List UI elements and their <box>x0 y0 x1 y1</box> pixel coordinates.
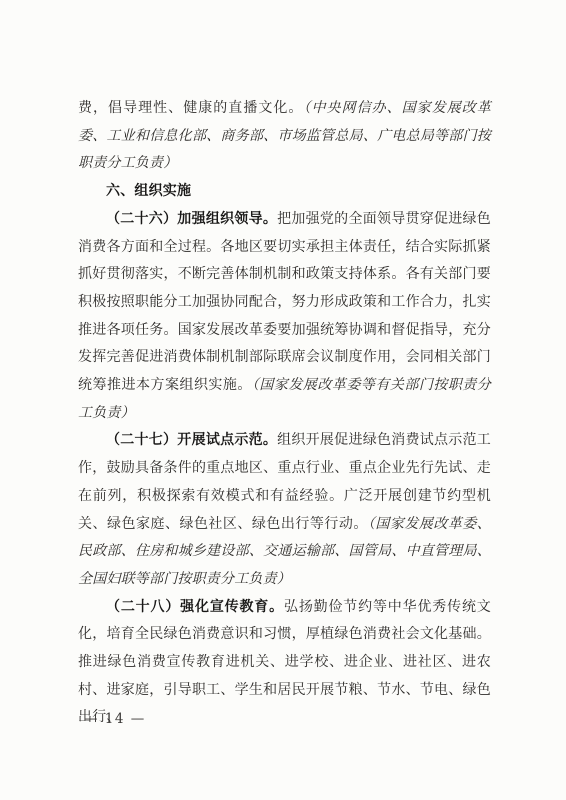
page-number: — 14 — <box>84 711 146 727</box>
document-body: 费，倡导理性、健康的直播文化。（中央网信办、国家发展改革委、工业和信息化部、商务… <box>78 95 491 732</box>
body-text: 弘扬勤俭节约等中华优秀传统文化，培育全民绿色消费意识和习惯，厚植绿色消费社会文化… <box>78 599 491 726</box>
emphasized-clause: （二十六）加强组织领导。 <box>106 211 277 227</box>
emphasized-clause: （二十七）开展试点示范。 <box>106 432 277 448</box>
body-text: 费，倡导理性、健康的直播文化。 <box>78 100 303 116</box>
paragraph: 费，倡导理性、健康的直播文化。（中央网信办、国家发展改革委、工业和信息化部、商务… <box>78 95 491 178</box>
paragraph: （二十六）加强组织领导。把加强党的全面领导贯穿促进绿色消费各方面和全过程。各地区… <box>78 206 491 428</box>
document-page: 费，倡导理性、健康的直播文化。（中央网信办、国家发展改革委、工业和信息化部、商务… <box>0 0 566 800</box>
emphasized-clause: 六、组织实施 <box>106 183 191 199</box>
body-text: 把加强党的全面领导贯穿促进绿色消费各方面和全过程。各地区要切实承担主体责任，结合… <box>78 211 491 393</box>
paragraph: （二十七）开展试点示范。组织开展促进绿色消费试点示范工作，鼓励具备条件的重点地区… <box>78 427 491 593</box>
section-heading: 六、组织实施 <box>78 178 491 206</box>
emphasized-clause: （二十八）强化宣传教育。 <box>106 599 284 615</box>
